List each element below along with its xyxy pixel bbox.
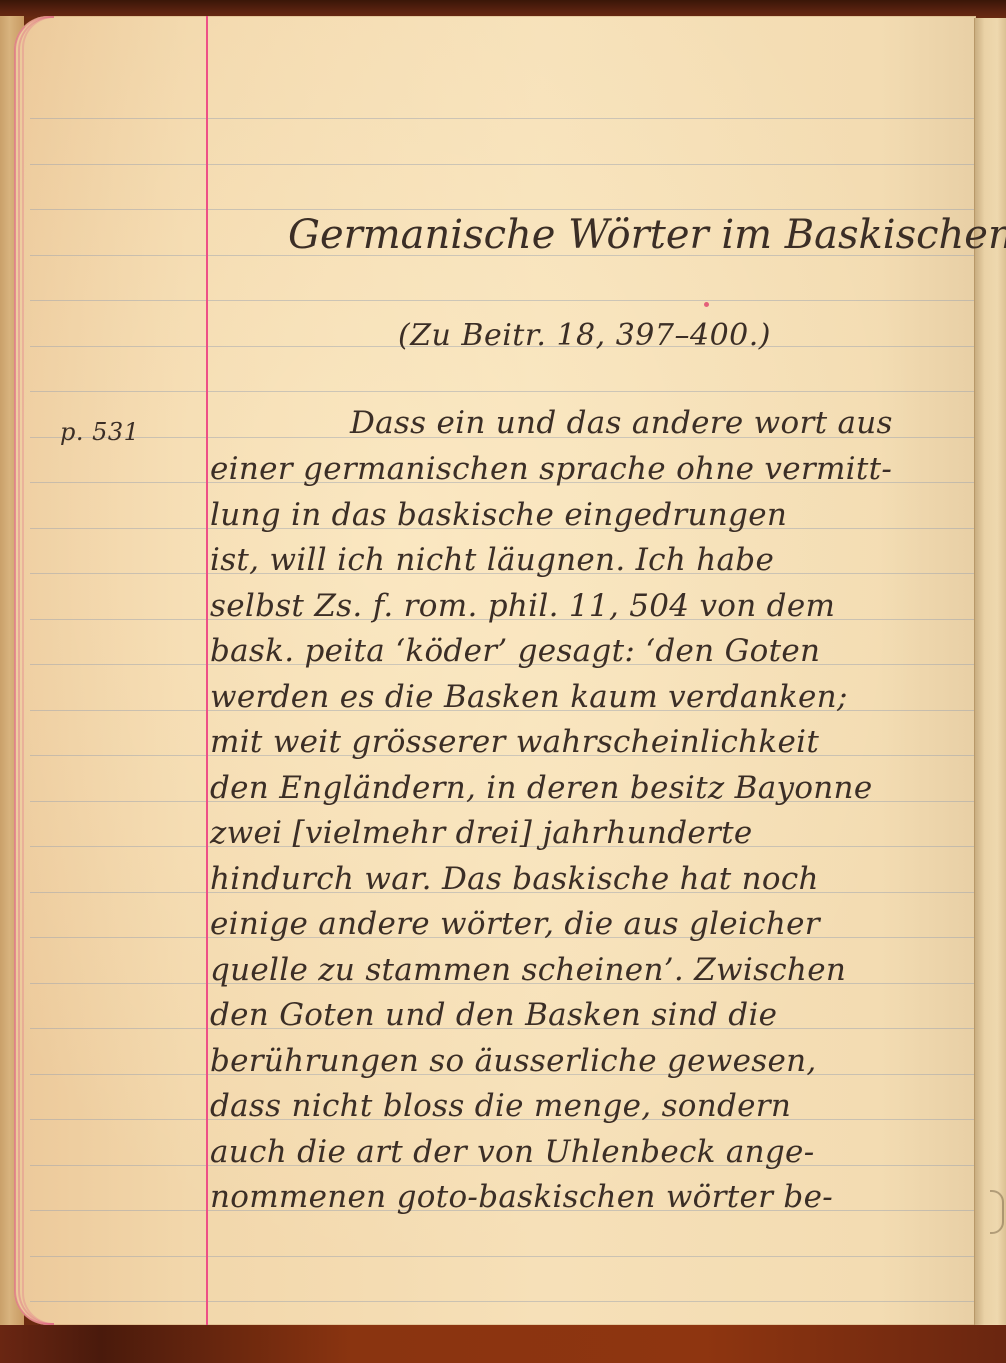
text-line: nommenen goto-baskischen wörter be- <box>210 1179 833 1215</box>
text-line: den Engländern, in deren besitz Bayonne <box>210 770 872 806</box>
text-line: quelle zu stammen scheinen’. Zwischen <box>210 952 846 988</box>
text-line: zwei [vielmehr drei] jahrhunderte <box>210 815 753 851</box>
rule-line <box>30 209 974 210</box>
text-line: bask. peita ‘köder’ gesagt: ‘den Goten <box>210 633 820 669</box>
text-line: werden es die Basken kaum verdanken; <box>210 679 848 715</box>
text-line: dass nicht bloss die menge, sondern <box>210 1088 791 1124</box>
text-line: einer germanischen sprache ohne vermitt- <box>210 451 892 487</box>
margin-note: p. 531 <box>60 418 139 446</box>
book-cover-bottom <box>0 1325 1006 1363</box>
ink-spot <box>704 302 709 307</box>
rule-line <box>30 1256 974 1257</box>
rule-line <box>30 164 974 165</box>
text-line: ist, will ich nicht läugnen. Ich habe <box>210 542 774 578</box>
rule-line <box>30 118 974 119</box>
rule-line <box>30 391 974 392</box>
text-line: hindurch war. Das baskische hat noch <box>210 861 819 897</box>
text-line: mit weit grösserer wahrscheinlichkeit <box>210 724 819 760</box>
gutter-mark <box>990 1190 1004 1234</box>
text-line: selbst Zs. f. rom. phil. 11, 504 von dem <box>210 588 835 624</box>
rule-line <box>30 1301 974 1302</box>
text-line: auch die art der von Uhlenbeck ange- <box>210 1134 814 1170</box>
margin-rule <box>206 16 208 1325</box>
text-line: berührungen so äusserliche gewesen, <box>210 1043 817 1079</box>
page-subtitle: (Zu Beitr. 18, 397–400.) <box>398 318 771 353</box>
text-line: lung in das baskische eingedrungen <box>210 497 787 533</box>
page-title: Germanische Wörter im Baskischen. <box>288 212 1006 258</box>
text-line: den Goten und den Basken sind die <box>210 997 777 1033</box>
text-line: Dass ein und das andere wort aus <box>350 405 893 441</box>
rule-line <box>30 300 974 301</box>
text-line: einige andere wörter, die aus gleicher <box>210 906 820 942</box>
